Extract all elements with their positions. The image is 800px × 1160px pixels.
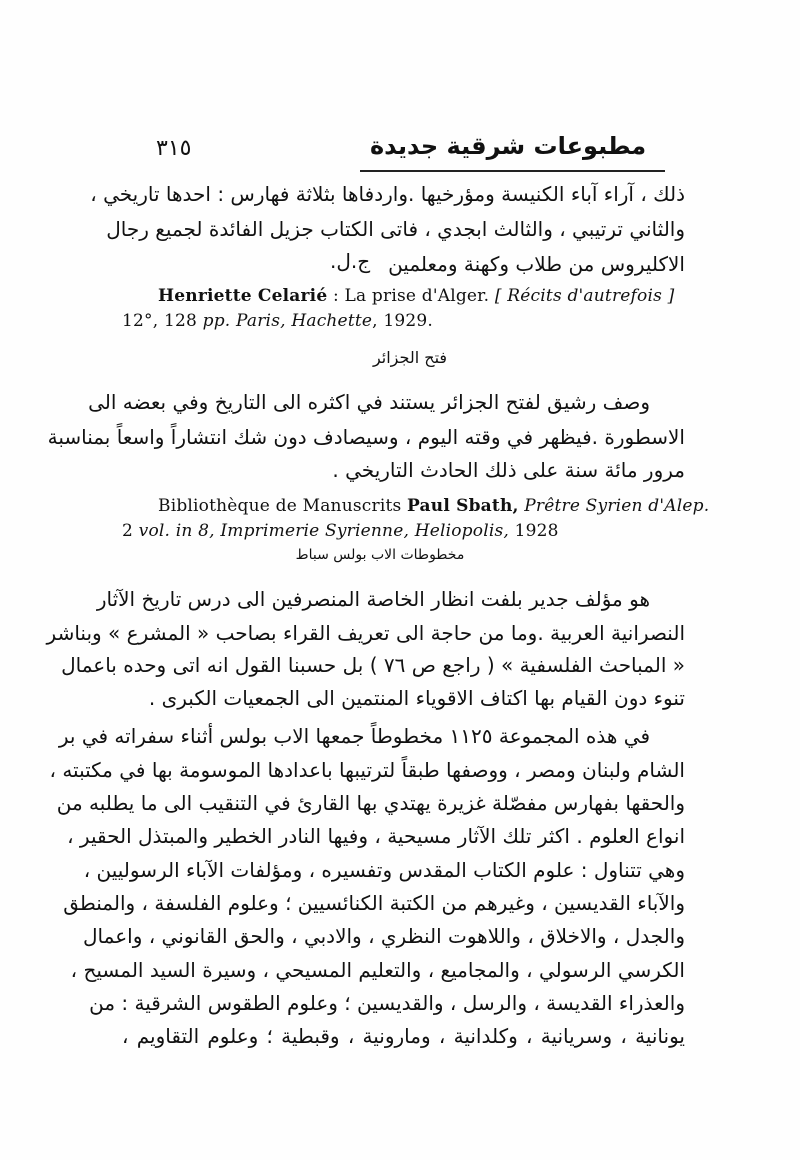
page-number: ٣١٥ [156, 136, 191, 161]
entry1-pages: 128 [164, 311, 197, 331]
entry2-p2-line-1: في هذه المجموعة ١١٢٥ مخطوطاً جمعها الاب … [59, 722, 650, 750]
entry1-pages-unit: pp. [203, 311, 231, 331]
entry1-year: , 1929. [372, 311, 433, 331]
entry2-volumes-text: vol. in 8, [139, 521, 215, 541]
entry2-arabic-title: مخطوطات الاب بولس سباط [0, 547, 780, 563]
entry2-p1-line-4: تنوء دون القيام بها اكتاف الاقوياء المنت… [149, 684, 685, 712]
entry2-p1-line-2: النصرانية العربية .وما من حاجة الى تعريف… [122, 619, 685, 647]
entry2-p2-line-2: الشام ولبنان ومصر ، ووصفها طبقاً لترتيبه… [122, 756, 685, 784]
review-tail-line-1: ذلك ، آراء آباء الكنيسة ومؤرخيها .واردفا… [122, 180, 685, 208]
entry2-subtitle: Prêtre Syrien d'Alep. [524, 496, 709, 516]
running-title: مطبوعات شرقية جديدة [370, 132, 646, 160]
entry2-p2-line-8: الكرسي الرسولي ، والمجاميع ، والتعليم ال… [122, 956, 685, 984]
entry2-printer: Imprimerie Syrienne, [220, 521, 409, 541]
entry2-p2-line-7: والجدل ، والاخلاق ، واللاهوت النظري ، وا… [122, 922, 685, 950]
entry1-author: Henriette Celarié [158, 286, 327, 306]
entry2-p2-line-6: والآباء القديسين ، وغيرهم من الكتبة الكن… [122, 889, 685, 917]
entry1-body-line-1: وصف رشيق لفتح الجزائر يستند في اكثره الى… [88, 388, 650, 416]
entry2-volumes: 2 [122, 521, 133, 541]
review-tail-line-2: والثاني ترتيبي ، والثالث ابجدي ، فاتى ال… [122, 215, 685, 243]
page-header: ٣١٥ مطبوعات شرقية جديدة [140, 128, 700, 168]
entry2-citation-line-2: 2 vol. in 8, Imprimerie Syrienne, Heliop… [122, 521, 559, 541]
entry2-p1-line-3: « المباحث الفلسفية » ( راجع ص ٧٦ ) بل حس… [122, 651, 685, 679]
entry1-series: [ Récits d'autrefois ] [495, 286, 675, 306]
book-page: ٣١٥ مطبوعات شرقية جديدة ذلك ، آراء آباء … [0, 0, 800, 1160]
entry2-p2-line-5: وهي تتناول : علوم الكتاب المقدس وتفسيره … [122, 856, 685, 884]
entry1-title: : La prise d'Alger. [333, 286, 489, 306]
entry2-p2-line-10: يونانية ، وسريانية ، وكلدانية ، ومارونية… [122, 1022, 685, 1050]
entry1-body-line-2: الاسطورة .فيظهر في وقته اليوم ، وسيصادف … [122, 423, 685, 451]
entry2-citation-line-1: Bibliothèque de Manuscrits Paul Sbath, P… [158, 496, 709, 516]
entry1-citation-line-2: 12°, 128 pp. Paris, Hachette, 1929. [122, 311, 433, 331]
header-rule [360, 170, 665, 172]
entry1-publisher: Hachette [291, 311, 372, 331]
entry1-format: 12°, [122, 311, 158, 331]
review-signature: ج.ل. [330, 249, 370, 273]
entry1-body-line-3: مرور مائة سنة على ذلك الحادث التاريخي . [332, 456, 685, 484]
entry2-p2-line-4: انواع العلوم . اكثر تلك الآثار مسيحية ، … [122, 822, 685, 850]
entry2-p2-line-3: والحقها بفهارس مفصّلة غزيرة يهتدي بها ال… [122, 789, 685, 817]
review-tail-line-3: الاكليروس من طلاب وكهنة ومعلمين [388, 250, 685, 278]
entry2-title-prefix: Bibliothèque de Manuscrits [158, 496, 401, 516]
entry1-arabic-title: فتح الجزائر [10, 348, 800, 367]
entry2-year: 1928 [515, 521, 559, 541]
entry2-place: Heliopolis, [415, 521, 509, 541]
entry2-p1-line-1: هو مؤلف جدير بلفت انظار الخاصة المنصرفين… [97, 585, 650, 613]
entry2-author: Paul Sbath, [407, 496, 519, 516]
entry2-p2-line-9: والعذراء القديسة ، والرسل ، والقديسين ؛ … [122, 989, 685, 1017]
entry1-place: Paris, [236, 311, 286, 331]
entry1-citation-line-1: Henriette Celarié : La prise d'Alger. [ … [158, 286, 674, 306]
